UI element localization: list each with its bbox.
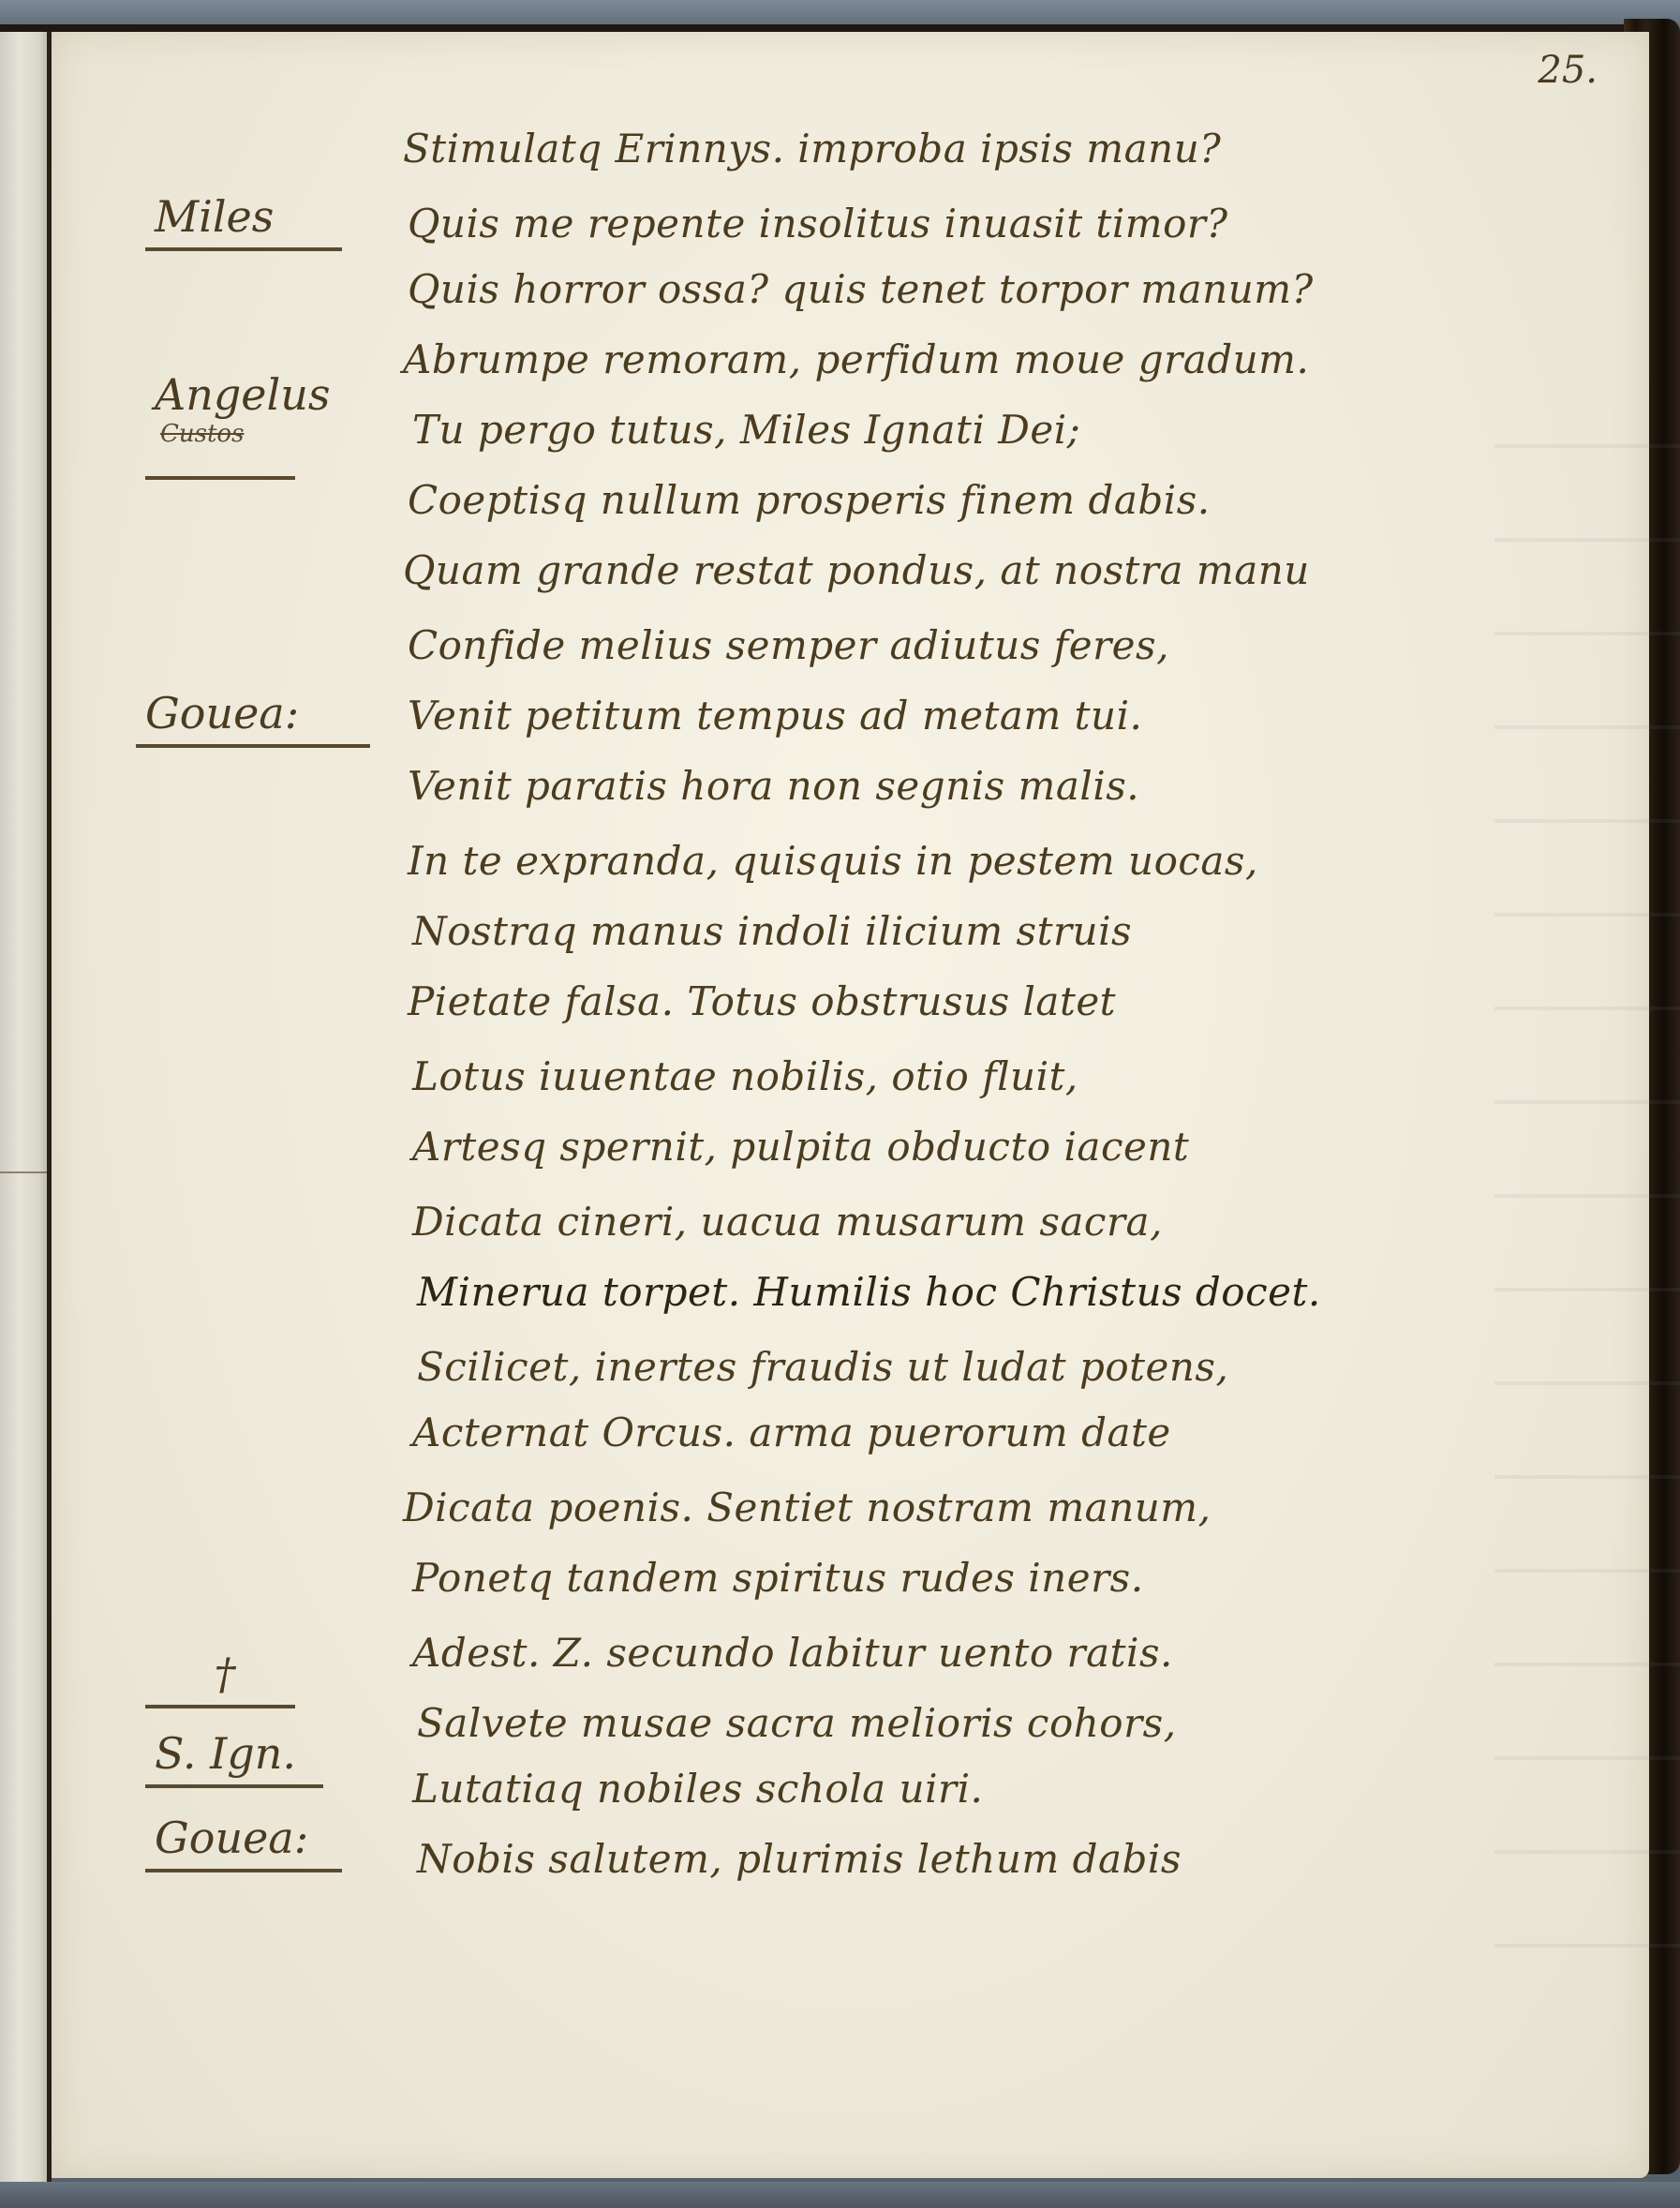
speaker-label: Gouea: — [136, 688, 370, 748]
speaker-name: S. Ign. — [155, 1728, 296, 1779]
verse-line: Minerua torpet. Humilis hoc Christus doc… — [417, 1269, 1321, 1315]
speaker-label: Angelus Custos — [145, 369, 295, 480]
speaker-label: S. Ign. — [145, 1728, 323, 1788]
speaker-name: † — [215, 1649, 236, 1699]
speaker-name: Gouea: — [155, 1813, 308, 1863]
verse-line: Lutatiaq nobiles schola uiri. — [412, 1766, 983, 1812]
verse-line: Dicata poenis. Sentiet nostram manum, — [403, 1484, 1211, 1530]
verse-line: Artesq spernit, pulpita obducto iacent — [412, 1124, 1189, 1170]
verse-line: Stimulatq Erinnys. improba ipsis manu? — [403, 126, 1221, 172]
verse-line: Confide melius semper adiutus feres, — [408, 622, 1169, 668]
verse-line: Quis horror ossa? quis tenet torpor manu… — [408, 266, 1314, 312]
verse-line: Coeptisq nullum prosperis finem dabis. — [408, 477, 1211, 523]
verse-line: Ponetq tandem spiritus rudes iners. — [412, 1555, 1144, 1601]
verse-line: Venit paratis hora non segnis malis. — [408, 763, 1139, 809]
speaker-label: Gouea: — [145, 1813, 342, 1872]
speaker-name: Angelus — [155, 369, 330, 420]
verse-line: Adest. Z. secundo labitur uento ratis. — [412, 1630, 1173, 1676]
verse-line: Dicata cineri, uacua musarum sacra, — [412, 1199, 1163, 1245]
speaker-name: Gouea: — [145, 688, 299, 738]
verse-line: Nobis salutem, plurimis lethum dabis — [417, 1836, 1182, 1882]
verse-line: Salvete musae sacra melioris cohors, — [417, 1700, 1177, 1746]
facing-page-fold — [0, 1171, 47, 1173]
speaker-label: † — [145, 1649, 295, 1708]
verse-line: Venit petitum tempus ad metam tui. — [408, 693, 1142, 738]
verse-line: Acternat Orcus. arma puerorum date — [412, 1410, 1171, 1455]
verse-line: In te expranda, quisquis in pestem uocas… — [408, 838, 1258, 884]
speaker-label: Miles — [145, 191, 342, 251]
manuscript-page: 25. Miles Angelus Custos Gouea: † S. Ign… — [52, 32, 1649, 2178]
verse-line: Lotus iuuentae nobilis, otio fluit, — [412, 1053, 1078, 1099]
verse-line: Tu pergo tutus, Miles Ignati Dei; — [412, 407, 1080, 453]
verse-column: Stimulatq Erinnys. improba ipsis manu? Q… — [384, 32, 1602, 2178]
verse-line: Nostraq manus indoli ilicium struis — [412, 908, 1132, 954]
verse-line: Abrumpe remoram, perfidum moue gradum. — [403, 336, 1309, 382]
facing-page-edge — [0, 32, 49, 2187]
speaker-insert: Custos — [160, 420, 244, 448]
verse-line: Scilicet, inertes fraudis ut ludat poten… — [417, 1344, 1228, 1390]
verse-line: Quam grande restat pondus, at nostra man… — [403, 547, 1310, 593]
verse-line: Quis me repente insolitus inuasit timor? — [408, 201, 1227, 246]
scanner-background-bottom — [0, 2182, 1680, 2208]
speaker-name: Miles — [155, 191, 274, 242]
verse-line: Pietate falsa. Totus obstrusus latet — [408, 978, 1116, 1024]
